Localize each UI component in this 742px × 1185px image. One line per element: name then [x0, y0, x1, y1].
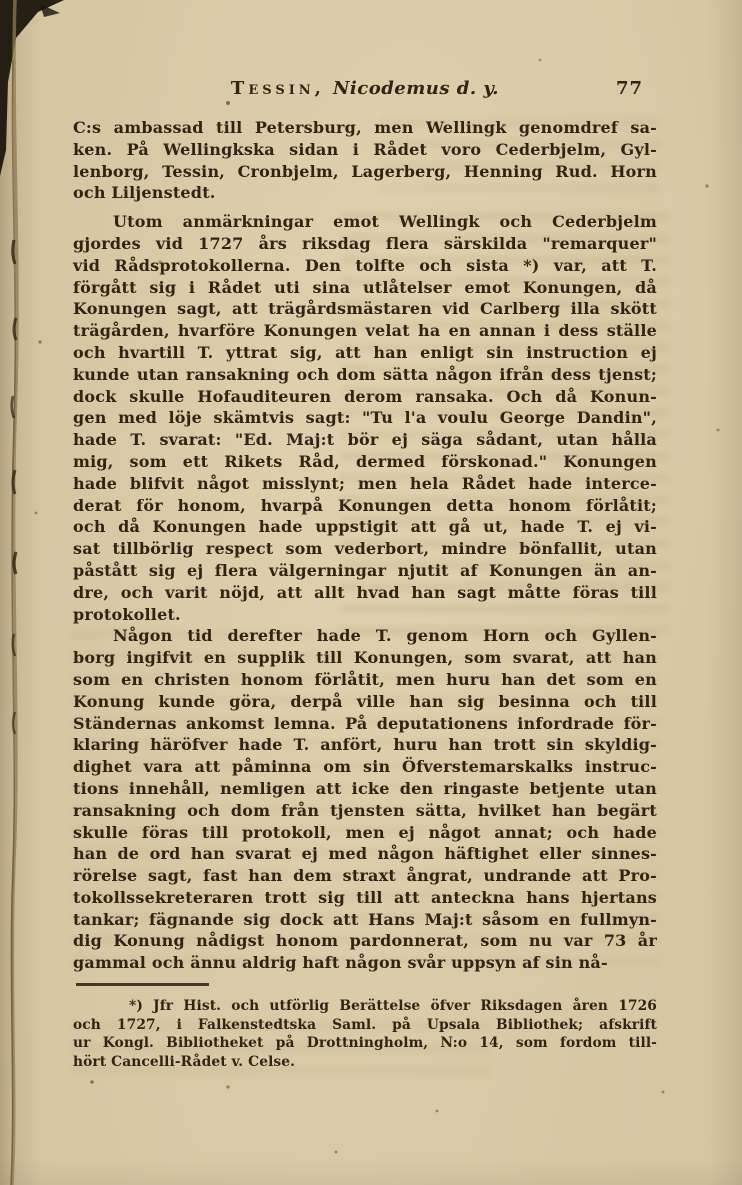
page-corner-shadow: [0, 0, 64, 176]
text-line: Konungen sagt, att trägårdsmästaren vid …: [73, 298, 657, 320]
text-line: tions innehåll, nemligen att icke den ri…: [73, 778, 657, 800]
text-line: dig Konung nådigst honom pardonnerat, so…: [73, 930, 657, 952]
page-number: 77: [616, 78, 643, 99]
text-line: protokollet.: [73, 604, 657, 626]
text-line: C:s ambassad till Petersburg, men Wellin…: [73, 117, 657, 139]
header-surname: Tessin,: [231, 78, 325, 99]
text-line: skulle föras till protokoll, men ej någo…: [73, 822, 657, 844]
crease-mark: [13, 712, 15, 734]
scan-speck: [717, 429, 720, 432]
text-line: kunde utan ransakning och dom sätta någo…: [73, 364, 657, 386]
paragraph: C:s ambassad till Petersburg, men Wellin…: [73, 117, 657, 204]
text-line: sat tillbörlig respect som vederbort, mi…: [73, 538, 657, 560]
text-line: påstått sig ej flera välgerningar njutit…: [73, 560, 657, 582]
text-line: och Liljenstedt.: [73, 182, 657, 204]
text-line: och 1727, i Falkenstedtska Saml. på Upsa…: [73, 1016, 657, 1035]
scan-speck: [226, 1085, 229, 1088]
paragraph: Någon tid derefter hade T. genom Horn oc…: [73, 625, 657, 974]
text-line: tankar; fägnande sig dock att Hans Maj:t…: [73, 909, 657, 931]
header-title: Tessin,Nicodemus d. y.: [73, 78, 657, 99]
footnote-separator-rule: [76, 983, 209, 986]
page-edge-crease: [11, 60, 15, 1185]
text-line: ken. På Wellingkska sidan i Rådet voro C…: [73, 139, 657, 161]
text-line: ransakning och dom från tjensten sätta, …: [73, 800, 657, 822]
scan-speck: [38, 340, 41, 343]
crease-mark: [13, 240, 15, 264]
text-line: förgått sig i Rådet uti sina utlåtelser …: [73, 277, 657, 299]
crease-mark: [14, 552, 16, 574]
scan-speck: [35, 512, 38, 515]
body-text: C:s ambassad till Petersburg, men Wellin…: [73, 117, 657, 1071]
crease-mark: [13, 634, 15, 656]
text-line: hade T. svarat: "Ed. Maj:t bör ej säga s…: [73, 429, 657, 451]
crease-mark: [12, 396, 14, 418]
text-line: Ständernas ankomst lemna. På deputatione…: [73, 713, 657, 735]
text-line: hade blifvit något misslynt; men hela Rå…: [73, 473, 657, 495]
text-line: och då Konungen hade uppstigit att gå ut…: [73, 516, 657, 538]
text-line: dighet vara att påminna om sin Öfverstem…: [73, 756, 657, 778]
paragraph: Utom anmärkningar emot Wellingk och Cede…: [73, 211, 657, 625]
text-line: gen med löje skämtvis sagt: "Tu l'a voul…: [73, 407, 657, 429]
text-line: gjordes vid 1727 års riksdag flera särsk…: [73, 233, 657, 255]
book-page-scan: Tessin,Nicodemus d. y. 77 C:s ambassad t…: [0, 0, 742, 1185]
text-line: Utom anmärkningar emot Wellingk och Cede…: [73, 211, 657, 233]
running-header: Tessin,Nicodemus d. y. 77: [73, 78, 657, 104]
scan-speck: [90, 1080, 94, 1084]
text-line: mig, som ett Rikets Råd, dermed förskona…: [73, 451, 657, 473]
crease-mark: [13, 470, 15, 494]
text-line: hört Cancelli-Rådet v. Celse.: [73, 1053, 657, 1072]
text-line: dock skulle Hofauditeuren derom ransaka.…: [73, 386, 657, 408]
header-given-name: Nicodemus d. y.: [333, 78, 499, 99]
text-line: tokollssekreteraren trott sig till att a…: [73, 887, 657, 909]
text-line: dre, och varit nöjd, att allt hvad han s…: [73, 582, 657, 604]
text-line: rörelse sagt, fast han dem straxt ångrat…: [73, 865, 657, 887]
text-line: ur Kongl. Bibliotheket på Drottningholm,…: [73, 1034, 657, 1053]
page-edge-crease: [12, 0, 17, 1185]
text-line: lenborg, Tessin, Cronbjelm, Lagerberg, H…: [73, 161, 657, 183]
text-line: han de ord han svarat ej med någon häfti…: [73, 843, 657, 865]
text-line: derat för honom, hvarpå Konungen detta h…: [73, 495, 657, 517]
scan-speck: [705, 184, 708, 187]
scan-speck: [662, 1091, 665, 1094]
text-line: och hvartill T. yttrat sig, att han enli…: [73, 342, 657, 364]
text-line: *) Jfr Hist. och utförlig Berättelse öfv…: [73, 997, 657, 1016]
crease-mark: [14, 318, 16, 340]
page-corner-shadow: [40, 4, 60, 17]
text-line: borg ingifvit en supplik till Konungen, …: [73, 647, 657, 669]
text-line: trägården, hvarföre Konungen velat ha en…: [73, 320, 657, 342]
text-line: som en christen honom förlåtit, men huru…: [73, 669, 657, 691]
text-line: Konung kunde göra, derpå ville han sig b…: [73, 691, 657, 713]
scan-speck: [436, 1110, 439, 1113]
text-line: vid Rådsprotokollerna. Den tolfte och si…: [73, 255, 657, 277]
scan-speck: [335, 1151, 338, 1154]
scan-speck: [539, 59, 542, 62]
text-line: Någon tid derefter hade T. genom Horn oc…: [73, 625, 657, 647]
footnote: *) Jfr Hist. och utförlig Berättelse öfv…: [73, 997, 657, 1071]
text-line: gammal och ännu aldrig haft någon svår u…: [73, 952, 657, 974]
text-line: klaring häröfver hade T. anfört, huru ha…: [73, 734, 657, 756]
